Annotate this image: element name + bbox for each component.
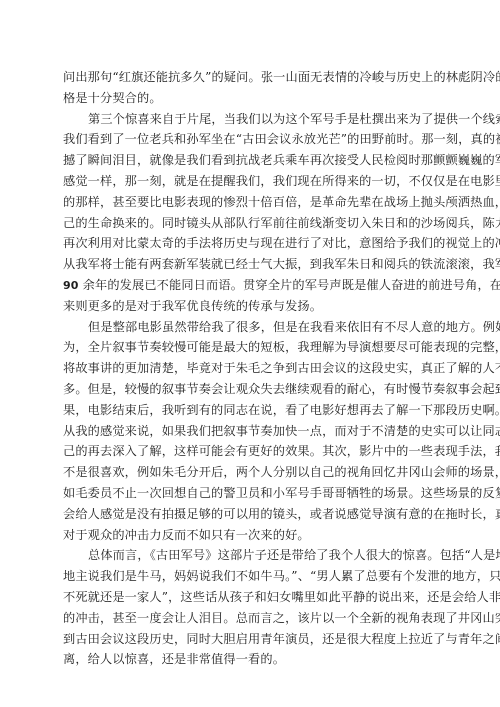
text-line: 第三个惊喜来自于片尾，当我们以为这个军号手是杜撰出来为了提供一个线索时， (63, 109, 439, 130)
text-line: 对于观众的冲击力反而不如只有一次来的好。 (63, 525, 439, 546)
text-line: 从我的感觉来说，如果我们把叙事节奏加快一点，而对于不清楚的史实可以让同志们自 (63, 421, 439, 442)
text-line: 我们看到了一位老兵和孙军坐在“古田会议永放光芒”的田野前时。那一刻，真的被震 (63, 129, 439, 150)
text-line: 再次利用对比蒙太奇的手法将历史与现在进行了对比，意图给予我们的视觉上的冲击， (63, 233, 439, 254)
document-page: 问出那句“红旗还能抗多久”的疑问。张一山面无表情的冷峻与历史上的林彪阴冷的性 格… (0, 0, 500, 707)
text-line: 90 余年的发展已不能同日而语。贯穿全片的军号声既是催人奋进的前进号角，在我看 (63, 275, 439, 296)
number-90: 90 (63, 279, 79, 292)
text-line: 感觉一样，那一刻，就是在提醒我们，我们现在所得来的一切，不仅仅是在电影里表现 (63, 171, 439, 192)
text-line: 离，给人以惊喜，还是非常值得一看的。 (63, 649, 439, 670)
text-line: 如毛委员不止一次回想自己的警卫员和小军号手哥哥牺牲的场景。这些场景的反复回放， (63, 483, 439, 504)
text-line: 不死就还是一家人”，这些话从孩子和妇女嘴里如此平静的说出来，还是会给人非常大 (63, 587, 439, 608)
text-line: 己的生命换来的。同时镜头从部队行军前往前线渐变切入朱日和的沙场阅兵，陈力导演 (63, 213, 439, 234)
text-line: 总体而言，《古田军号》这部片子还是带给了我个人很大的惊喜。包括“人是地主， (63, 545, 439, 566)
text-line: 到古田会议这段历史，同时大胆启用青年演员，还是很大程度上拉近了与青年之间的距 (63, 629, 439, 650)
document-body: 问出那句“红旗还能抗多久”的疑问。张一山面无表情的冷峻与历史上的林彪阴冷的性 格… (63, 67, 439, 670)
text-line: 将故事讲的更加清楚，毕竟对于朱毛之争到古田会议的这段史实，真正了解的人不会很 (63, 358, 439, 379)
text-line: 从我军将士能有两套新军装就已经士气大振，到我军朱日和阅兵的铁流滚滚，我军建军 (63, 254, 439, 275)
text-line: 不是很喜欢，例如朱毛分开后，两个人分别以自己的视角回忆井冈山会师的场景，再例 (63, 462, 439, 483)
text-line: 为，全片叙事节奏较慢可能是最大的短板，我理解为导演想要尽可能表现的完整，试图 (63, 337, 439, 358)
text-line: 多。但是，较慢的叙事节奏会让观众失去继续观看的耐心，有时慢节奏叙事会起到反效 (63, 379, 439, 400)
text-line: 的那样，甚至要比电影表现的惨烈十倍百倍，是革命先辈在战场上抛头颅洒热血，用自 (63, 192, 439, 213)
text-line: 格是十分契合的。 (63, 88, 439, 109)
text-line: 来则更多的是对于我军优良传统的传承与发扬。 (63, 296, 439, 317)
text-line: 撼了瞬间泪目，就像是我们看到抗战老兵乘车再次接受人民检阅时那颤颤巍巍的军礼的 (63, 150, 439, 171)
text-line: 但是整部电影虽然带给我了很多，但是在我看来依旧有不尽人意的地方。例如我认 (63, 317, 439, 338)
text-line: 问出那句“红旗还能抗多久”的疑问。张一山面无表情的冷峻与历史上的林彪阴冷的性 (63, 67, 439, 88)
text-line: 会给人感觉是没有拍摄足够的可以用的镜头，或者说感觉导演有意的在拖时长，真正的 (63, 504, 439, 525)
text-line: 地主说我们是牛马，妈妈说我们不如牛马。”、“男人累了总要有个发泄的地方，只要打 (63, 566, 439, 587)
text-line: 果，电影结束后，我听到有的同志在说，看了电影好想再去了解一下那段历史啊。其实 (63, 400, 439, 421)
text-line: 己的再去深入了解，这样可能会有更好的效果。其次，影片中的一些表现手法，我个人 (63, 441, 439, 462)
text-line: 的冲击，甚至一度会让人泪目。总而言之，该片以一个全新的视角表现了井冈山突围后 (63, 608, 439, 629)
text-line-rest: 余年的发展已不能同日而语。贯穿全片的军号声既是催人奋进的前进号角，在我看 (83, 278, 500, 292)
